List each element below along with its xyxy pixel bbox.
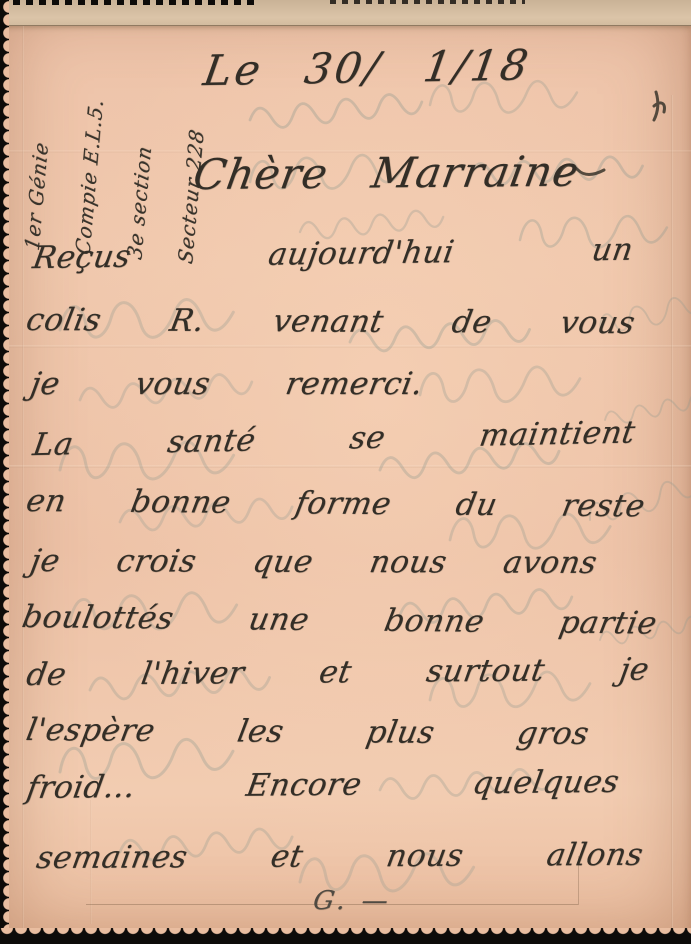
- top-perforation-dots: [0, 0, 258, 5]
- letter-card-paper: 1er Génie Compie E.L.5. 3e section Secte…: [0, 0, 691, 944]
- letter-line: boulottés une bonne partie: [19, 599, 660, 642]
- unit-line: 3e section: [122, 37, 165, 262]
- bottom-initial-mark: G. —: [311, 886, 395, 916]
- sender-unit-block: 1er Génie Compie E.L.5. 3e section Secte…: [20, 30, 216, 265]
- letter-line: colis R. venant de vous: [23, 302, 638, 341]
- top-perforation-dots: [330, 0, 525, 4]
- letter-line: je vous remerci.: [28, 366, 426, 402]
- letter-line: semaines et nous allons: [34, 837, 646, 876]
- left-perforated-edge: [0, 0, 9, 930]
- letter-line: de l'hiver et surtout je: [24, 652, 652, 693]
- bottom-perforated-edge: [0, 928, 691, 944]
- letter-line: l'espère les plus gros: [23, 712, 592, 752]
- letter-salutation: Chère Marraine: [190, 147, 583, 199]
- letter-line: je crois que nous avons: [28, 543, 600, 581]
- letter-line: froid... Encore quelques: [24, 764, 622, 806]
- unit-line: Compie E.L.5.: [71, 32, 114, 257]
- letter-line: en bonne forme du reste: [23, 483, 648, 524]
- letter-date: Le 30/ 1/18: [200, 40, 534, 95]
